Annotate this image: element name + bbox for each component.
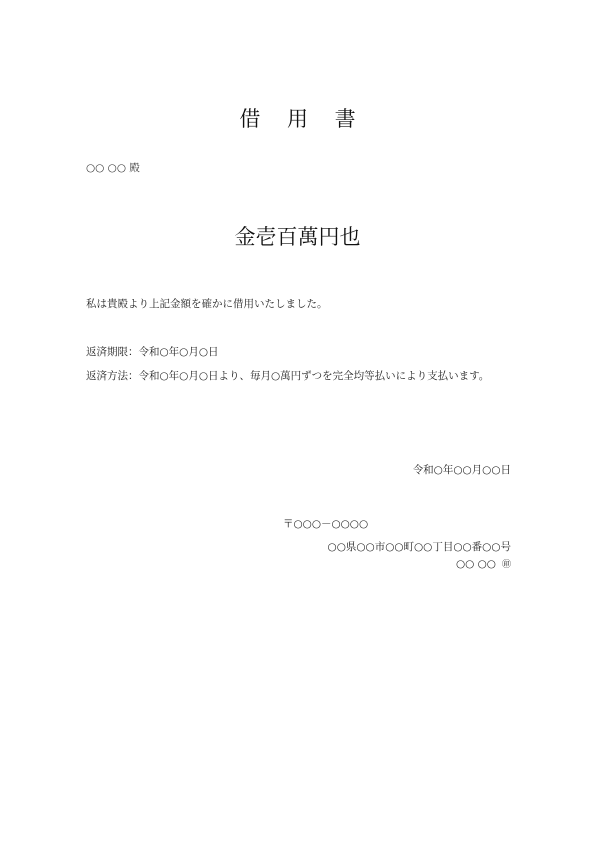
repayment-method: 返済方法：令和○年○月○日より、毎月○萬円ずつを完全均等払いにより支払います。 <box>86 368 489 383</box>
borrower-signature: ○○ ○○㊞ <box>456 557 511 570</box>
repayment-due: 返済期限：令和○年○月○日 <box>86 344 219 359</box>
repayment-method-label: 返済方法： <box>86 370 139 382</box>
seal-icon: ㊞ <box>502 557 511 570</box>
document-date: 令和○年○○月○○日 <box>413 462 511 477</box>
addressee: ○○ ○○ 殿 <box>86 160 140 175</box>
repayment-due-label: 返済期限： <box>86 346 139 358</box>
loan-amount: 金壱百萬円也 <box>0 221 595 251</box>
borrower-name: ○○ ○○ <box>456 558 496 570</box>
document-page: 借 用 書 ○○ ○○ 殿 金壱百萬円也 私は貴殿より上記金額を確かに借用いたし… <box>0 0 595 842</box>
borrowing-statement: 私は貴殿より上記金額を確かに借用いたしました。 <box>86 296 328 311</box>
repayment-due-value: 令和○年○月○日 <box>139 346 219 358</box>
borrower-address: ○○県○○市○○町○○丁目○○番○○号 <box>328 539 511 554</box>
repayment-method-value: 令和○年○月○日より、毎月○萬円ずつを完全均等払いにより支払います。 <box>139 370 490 382</box>
document-title: 借 用 書 <box>0 103 595 133</box>
postal-code: 〒○○○－○○○○ <box>283 516 368 531</box>
